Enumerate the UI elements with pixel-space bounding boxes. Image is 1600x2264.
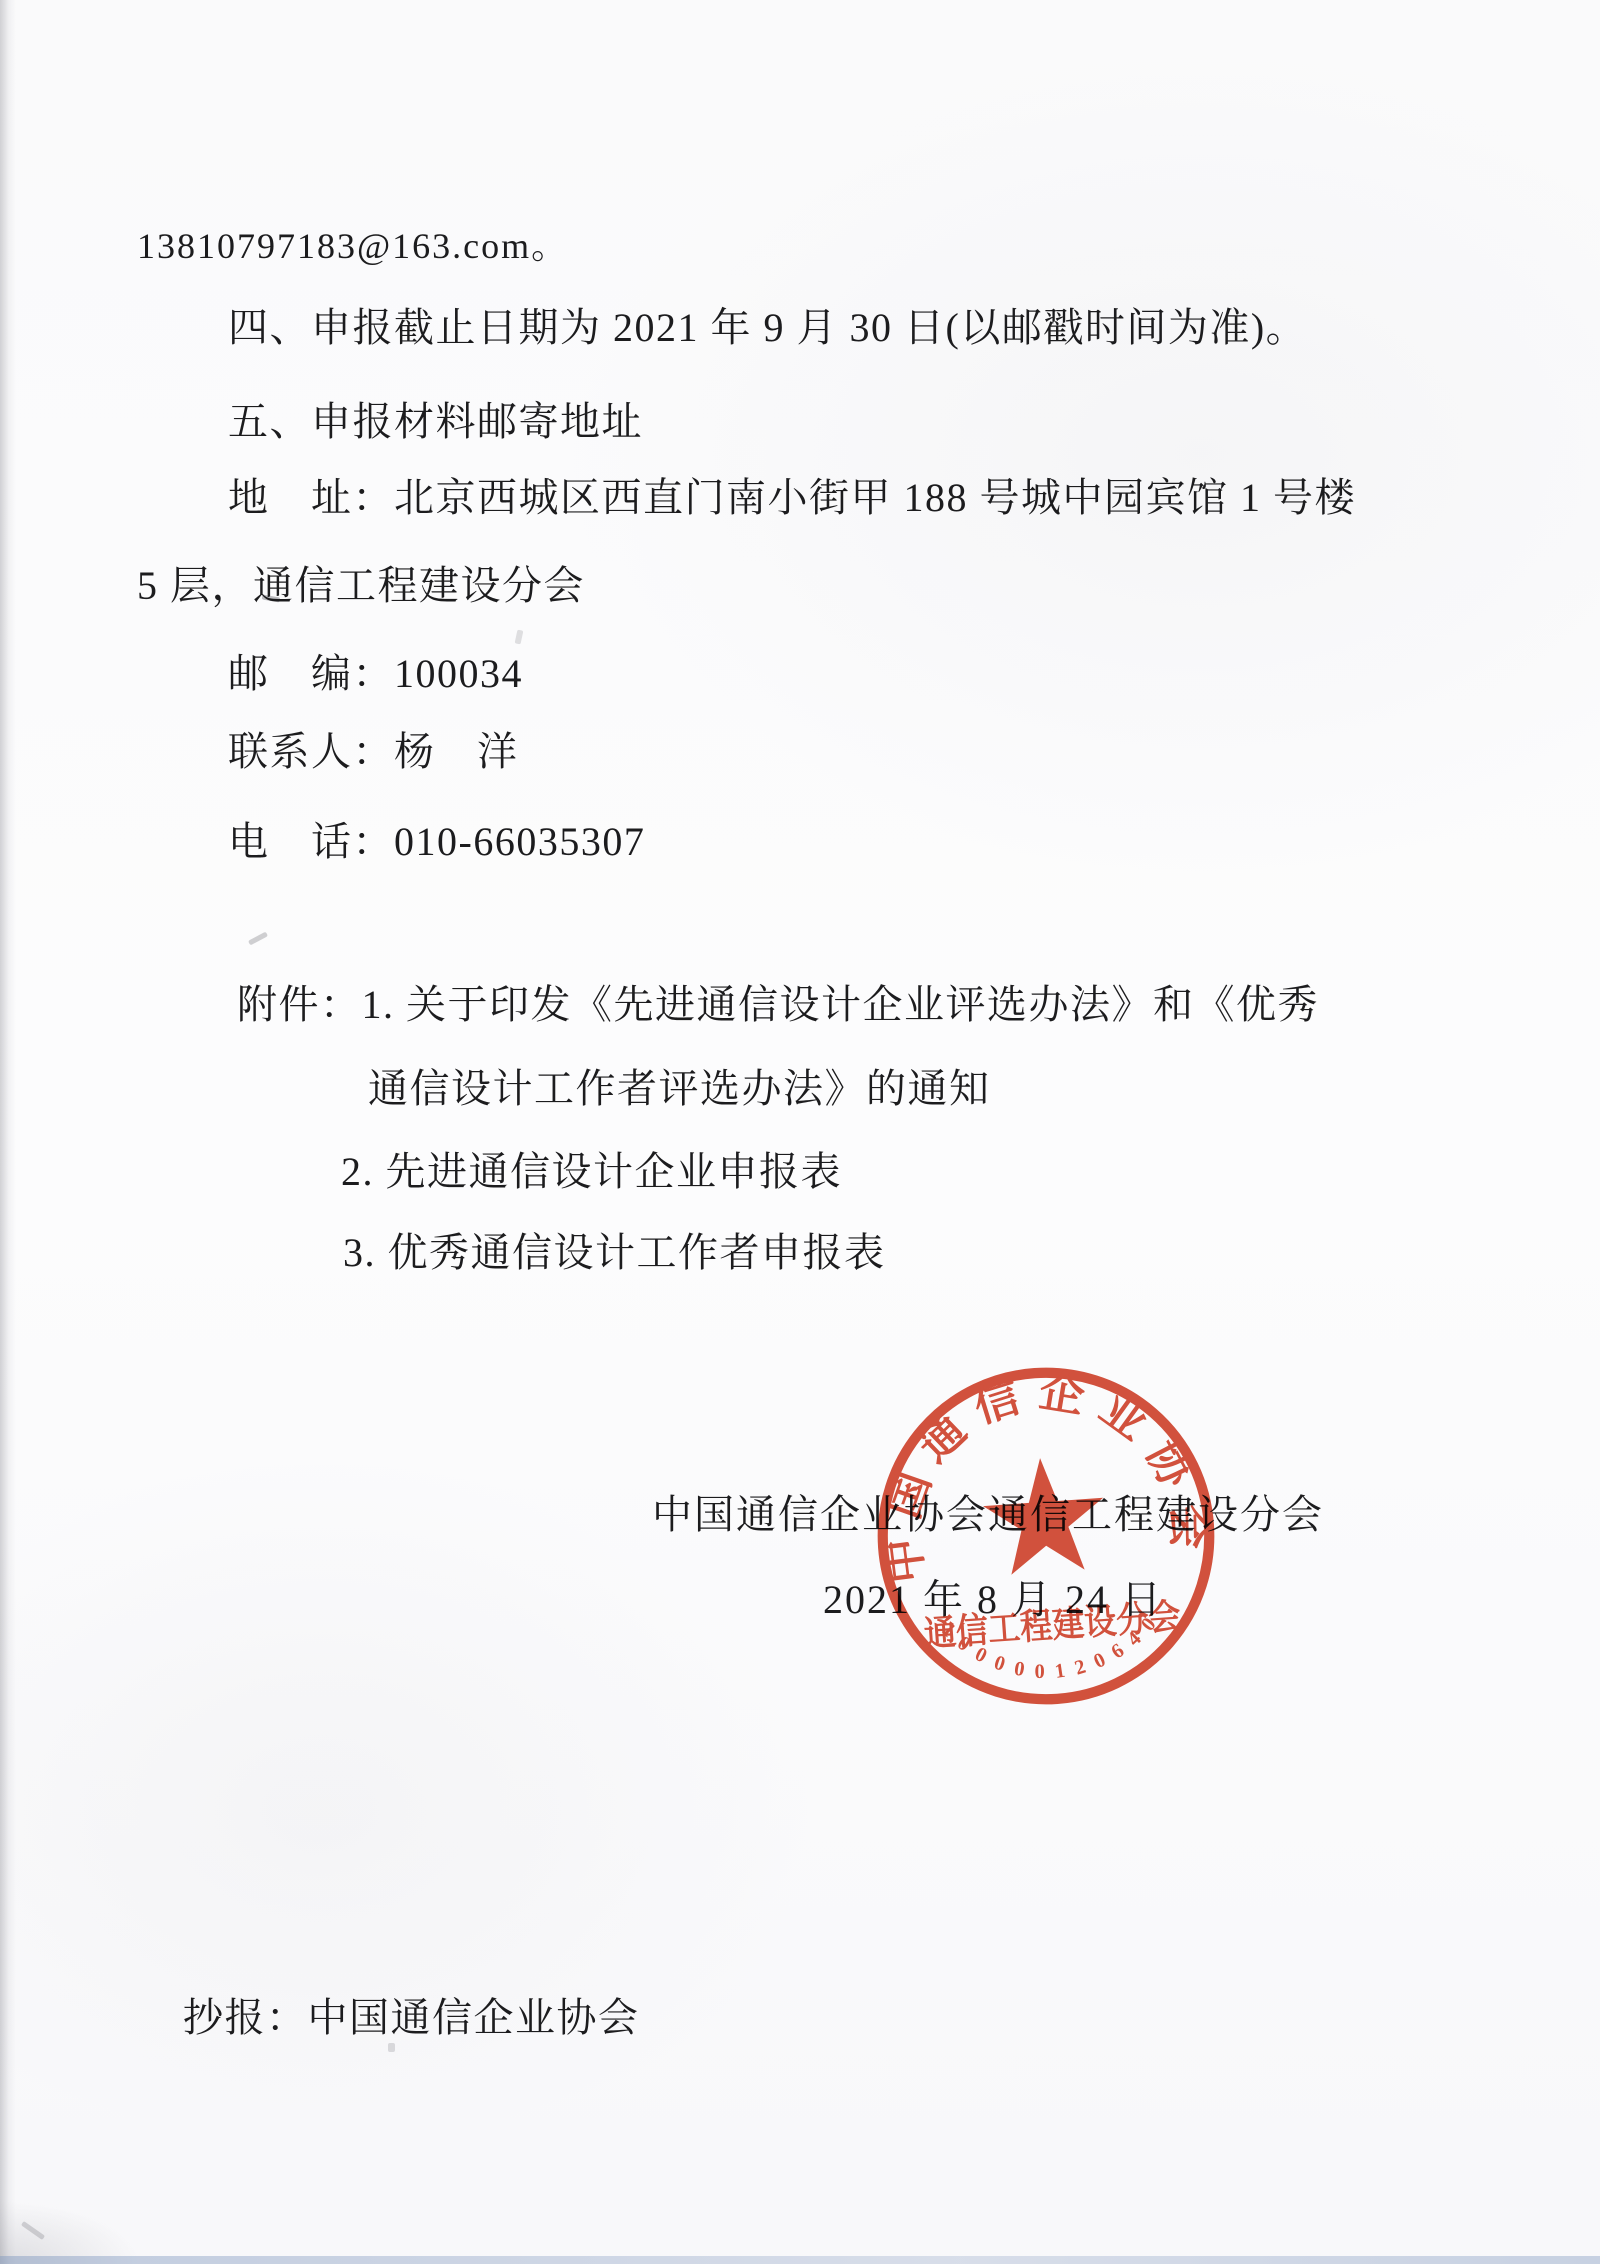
- cc-report-line: 抄报：中国通信企业协会: [183, 1986, 640, 2043]
- address-line-1: 地 址：北京西城区西直门南小街甲 188 号城中园宾馆 1 号楼: [228, 466, 1356, 523]
- mailing-address-heading: 五、申报材料邮寄地址: [228, 390, 643, 447]
- paper-speck: [248, 932, 268, 946]
- scan-edge-shadow: [0, 0, 16, 2264]
- attachment-item-3: 3. 优秀通信设计工作者申报表: [343, 1221, 886, 1278]
- paper-speck: [388, 2043, 395, 2052]
- postal-code-line: 邮 编：100034: [228, 642, 523, 699]
- contact-email-line: 13810797183@163.com。: [137, 218, 569, 269]
- attachment-item-1-line-2: 通信设计工作者评选办法》的通知: [368, 1057, 991, 1114]
- attachment-item-1-line-1: 附件：1. 关于印发《先进通信设计企业评选办法》和《优秀: [237, 973, 1319, 1030]
- seal-star-icon: [980, 1454, 1108, 1576]
- attachment-item-2: 2. 先进通信设计企业申报表: [341, 1140, 842, 1197]
- official-red-seal: 中国通信企业协会 通信工程建设分会 100000120640: [858, 1348, 1234, 1724]
- deadline-paragraph: 四、申报截止日期为 2021 年 9 月 30 日(以邮戳时间为准)。: [228, 296, 1307, 353]
- scanned-document-page: 13810797183@163.com。 四、申报截止日期为 2021 年 9 …: [0, 0, 1600, 2264]
- phone-line: 电 话：010-66035307: [228, 810, 645, 867]
- scan-corner-shadow: [0, 2150, 220, 2264]
- address-line-2: 5 层，通信工程建设分会: [137, 554, 585, 611]
- contact-person-line: 联系人：杨 洋: [228, 720, 519, 777]
- scan-bottom-edge: [0, 2256, 1600, 2264]
- seal-graphic: 中国通信企业协会 通信工程建设分会 100000120640: [858, 1348, 1234, 1724]
